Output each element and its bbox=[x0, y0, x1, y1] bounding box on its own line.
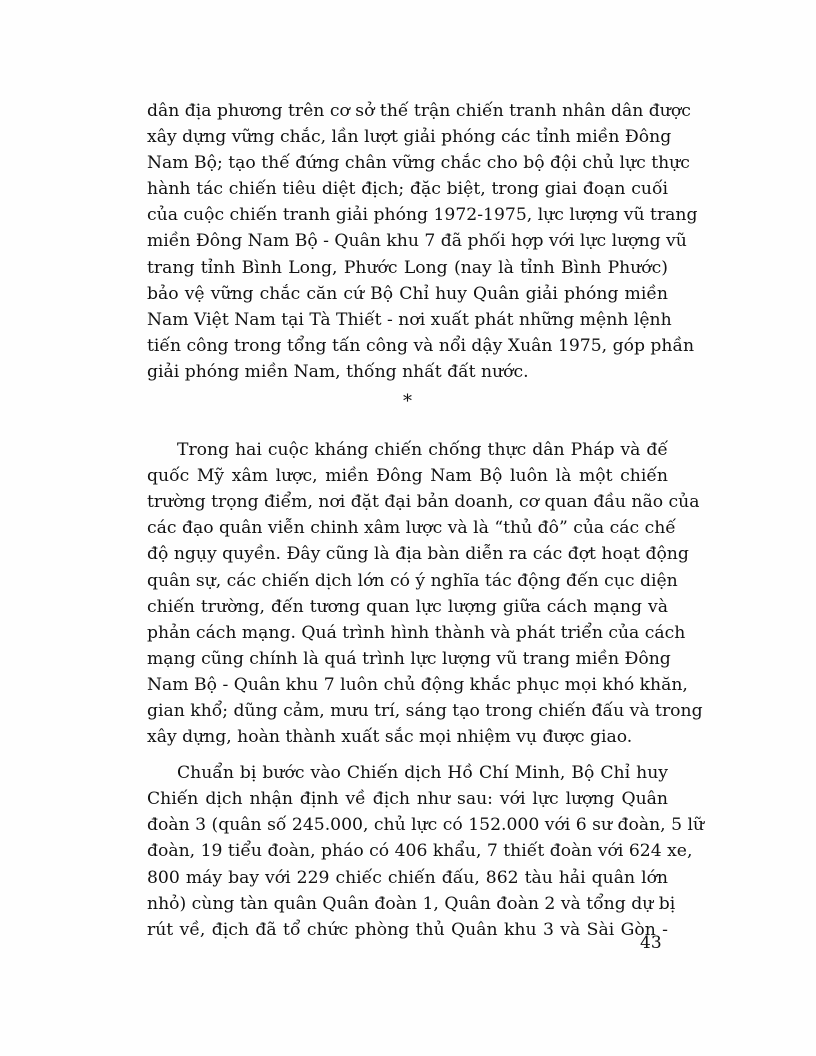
paragraph-1: dân địa phương trên cơ sở thế trận chiến… bbox=[147, 98, 668, 385]
text-line: dân địa phương trên cơ sở thế trận chiến… bbox=[147, 98, 668, 124]
text-line: Nam Bộ; tạo thế đứng chân vững chắc cho … bbox=[147, 150, 668, 176]
paragraph-2: Trong hai cuộc kháng chiến chống thực dâ… bbox=[147, 437, 668, 750]
text-line: trang tỉnh Bình Long, Phước Long (nay là… bbox=[147, 255, 668, 281]
text-line: độ ngụy quyền. Đây cũng là địa bàn diễn … bbox=[147, 541, 668, 567]
text-line: 800 máy bay với 229 chiếc chiến đấu, 862… bbox=[147, 865, 668, 891]
text-line: Chiến dịch nhận định về địch như sau: vớ… bbox=[147, 786, 668, 812]
section-separator: * bbox=[147, 385, 668, 437]
text-line: của cuộc chiến tranh giải phóng 1972-197… bbox=[147, 202, 668, 228]
text-line: hành tác chiến tiêu diệt địch; đặc biệt,… bbox=[147, 176, 668, 202]
text-line: các đạo quân viễn chinh xâm lược và là “… bbox=[147, 515, 668, 541]
text-line: xây dựng, hoàn thành xuất sắc mọi nhiệm … bbox=[147, 724, 668, 750]
text-line: quân sự, các chiến dịch lớn có ý nghĩa t… bbox=[147, 568, 668, 594]
text-line: đoàn, 19 tiểu đoàn, pháo có 406 khẩu, 7 … bbox=[147, 838, 668, 864]
text-line: xây dựng vững chắc, lần lượt giải phóng … bbox=[147, 124, 668, 150]
text-line: gian khổ; dũng cảm, mưu trí, sáng tạo tr… bbox=[147, 698, 668, 724]
text-line: chiến trường, đến tương quan lực lượng g… bbox=[147, 594, 668, 620]
text-line: Chuẩn bị bước vào Chiến dịch Hồ Chí Minh… bbox=[147, 760, 668, 786]
page-number: 43 bbox=[640, 933, 662, 953]
text-line: nhỏ) cùng tàn quân Quân đoàn 1, Quân đoà… bbox=[147, 891, 668, 917]
text-line: quốc Mỹ xâm lược, miền Đông Nam Bộ luôn … bbox=[147, 463, 668, 489]
text-line: bảo vệ vững chắc căn cứ Bộ Chỉ huy Quân … bbox=[147, 281, 668, 307]
text-line: miền Đông Nam Bộ - Quân khu 7 đã phối hợ… bbox=[147, 228, 668, 254]
paragraph-3: Chuẩn bị bước vào Chiến dịch Hồ Chí Minh… bbox=[147, 760, 668, 943]
text-line: giải phóng miền Nam, thống nhất đất nước… bbox=[147, 359, 668, 385]
text-line: Nam Bộ - Quân khu 7 luôn chủ động khắc p… bbox=[147, 672, 668, 698]
text-line: mạng cũng chính là quá trình lực lượng v… bbox=[147, 646, 668, 672]
text-line: phản cách mạng. Quá trình hình thành và … bbox=[147, 620, 668, 646]
text-line: Trong hai cuộc kháng chiến chống thực dâ… bbox=[147, 437, 668, 463]
text-line: trường trọng điểm, nơi đặt đại bản doanh… bbox=[147, 489, 668, 515]
text-line: rút về, địch đã tổ chức phòng thủ Quân k… bbox=[147, 917, 668, 943]
text-line: đoàn 3 (quân số 245.000, chủ lực có 152.… bbox=[147, 812, 668, 838]
text-line: Nam Việt Nam tại Tà Thiết - nơi xuất phá… bbox=[147, 307, 668, 333]
page-body: dân địa phương trên cơ sở thế trận chiến… bbox=[147, 98, 668, 943]
text-line: tiến công trong tổng tấn công và nổi dậy… bbox=[147, 333, 668, 359]
paragraph-gap bbox=[147, 750, 668, 760]
